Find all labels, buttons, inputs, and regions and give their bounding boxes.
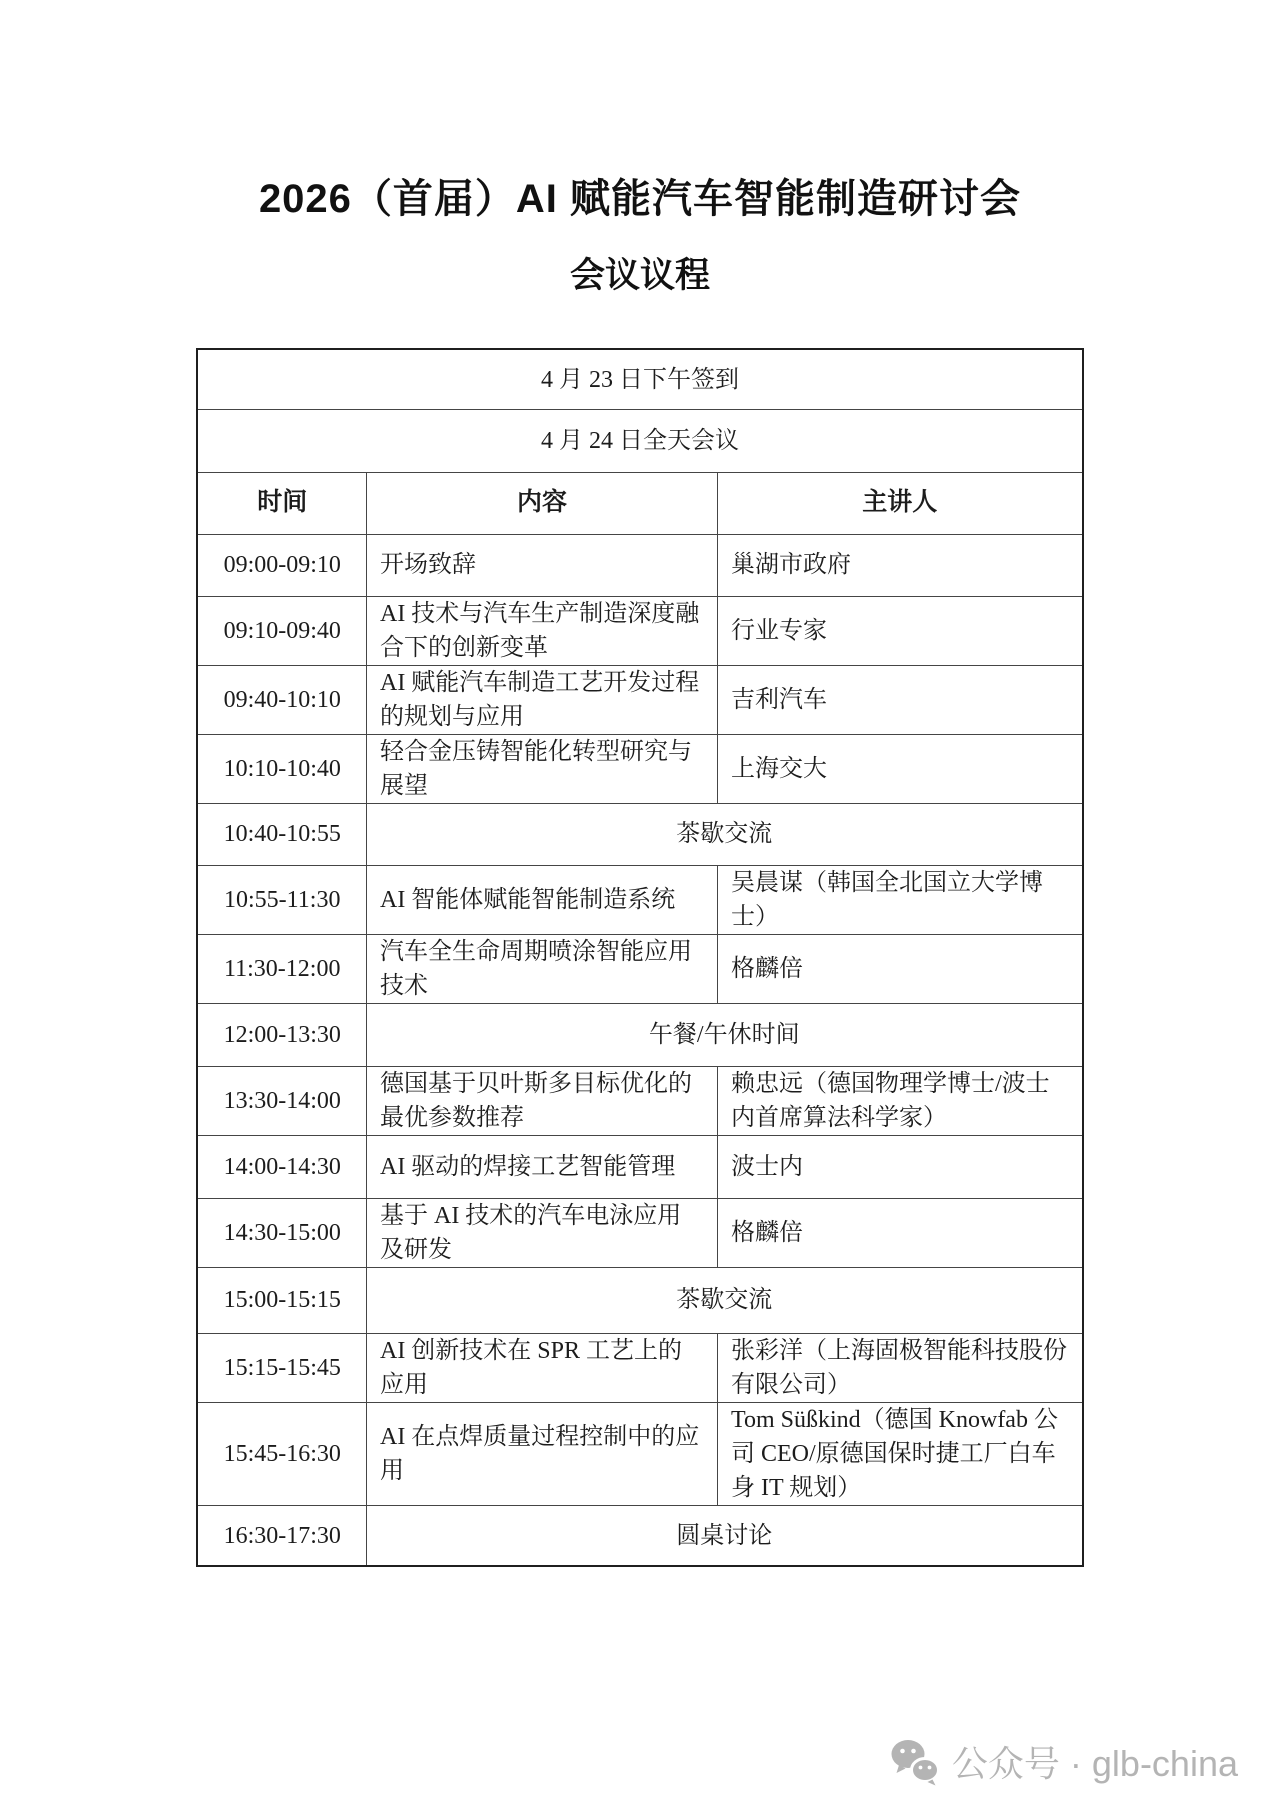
speaker-cell: 张彩洋（上海固极智能科技股份有限公司） <box>717 1333 1082 1402</box>
content-cell: AI 技术与汽车生产制造深度融合下的创新变革 <box>366 596 717 665</box>
page-subtitle: 会议议程 <box>0 256 1280 296</box>
merged-activity-cell: 茶歇交流 <box>366 803 1082 865</box>
watermark: 公众号 · glb-china <box>890 1736 1238 1787</box>
agenda-row: 09:10-09:40 AI 技术与汽车生产制造深度融合下的创新变革 行业专家 <box>197 596 1082 665</box>
content-cell: AI 驱动的焊接工艺智能管理 <box>366 1135 717 1198</box>
agenda-row: 14:30-15:00 基于 AI 技术的汽车电泳应用及研发 格麟倍 <box>197 1198 1082 1267</box>
time-cell: 14:30-15:00 <box>197 1198 366 1267</box>
agenda-row: 10:55-11:30 AI 智能体赋能智能制造系统 吴晨谋（韩国全北国立大学博… <box>197 865 1082 934</box>
time-cell: 15:45-16:30 <box>197 1402 366 1505</box>
agenda-row: 11:30-12:00 汽车全生命周期喷涂智能应用技术 格麟倍 <box>197 934 1082 1003</box>
agenda-row-merged: 10:40-10:55 茶歇交流 <box>197 803 1082 865</box>
agenda-row: 10:10-10:40 轻合金压铸智能化转型研究与展望 上海交大 <box>197 734 1082 803</box>
time-cell: 10:10-10:40 <box>197 734 366 803</box>
agenda-table: 4 月 23 日下午签到 4 月 24 日全天会议 时间 内容 主讲人 09:0… <box>196 348 1083 1567</box>
wechat-icon <box>890 1738 940 1786</box>
content-cell: 开场致辞 <box>366 534 717 596</box>
agenda-row-merged: 15:00-15:15 茶歇交流 <box>197 1267 1082 1333</box>
banner-row-signin: 4 月 23 日下午签到 <box>197 349 1082 409</box>
time-cell: 10:40-10:55 <box>197 803 366 865</box>
banner-signin-text: 4 月 23 日下午签到 <box>197 349 1082 409</box>
page-title: 2026（首届）AI 赋能汽车智能制造研讨会 <box>0 0 1280 222</box>
speaker-cell: 巢湖市政府 <box>717 534 1082 596</box>
watermark-text: 公众号 · glb-china <box>952 1736 1238 1787</box>
merged-activity-cell: 茶歇交流 <box>366 1267 1082 1333</box>
time-cell: 11:30-12:00 <box>197 934 366 1003</box>
agenda-row: 15:45-16:30 AI 在点焊质量过程控制中的应用 Tom Süßkind… <box>197 1402 1082 1505</box>
content-cell: AI 创新技术在 SPR 工艺上的应用 <box>366 1333 717 1402</box>
speaker-cell: 赖忠远（德国物理学博士/波士内首席算法科学家） <box>717 1066 1082 1135</box>
speaker-cell: 吉利汽车 <box>717 665 1082 734</box>
speaker-cell: 行业专家 <box>717 596 1082 665</box>
time-cell: 12:00-13:30 <box>197 1003 366 1066</box>
banner-fullday-text: 4 月 24 日全天会议 <box>197 409 1082 472</box>
content-cell: 德国基于贝叶斯多目标优化的最优参数推荐 <box>366 1066 717 1135</box>
time-cell: 13:30-14:00 <box>197 1066 366 1135</box>
banner-row-fullday: 4 月 24 日全天会议 <box>197 409 1082 472</box>
agenda-row: 13:30-14:00 德国基于贝叶斯多目标优化的最优参数推荐 赖忠远（德国物理… <box>197 1066 1082 1135</box>
content-cell: 轻合金压铸智能化转型研究与展望 <box>366 734 717 803</box>
agenda-row-merged: 16:30-17:30 圆桌讨论 <box>197 1505 1082 1566</box>
time-cell: 16:30-17:30 <box>197 1505 366 1566</box>
time-cell: 09:10-09:40 <box>197 596 366 665</box>
content-cell: 汽车全生命周期喷涂智能应用技术 <box>366 934 717 1003</box>
agenda-row: 09:40-10:10 AI 赋能汽车制造工艺开发过程的规划与应用 吉利汽车 <box>197 665 1082 734</box>
time-cell: 09:00-09:10 <box>197 534 366 596</box>
header-content: 内容 <box>366 472 717 534</box>
agenda-row-merged: 12:00-13:30 午餐/午休时间 <box>197 1003 1082 1066</box>
speaker-cell: Tom Süßkind（德国 Knowfab 公司 CEO/原德国保时捷工厂白车… <box>717 1402 1082 1505</box>
content-cell: AI 赋能汽车制造工艺开发过程的规划与应用 <box>366 665 717 734</box>
agenda-row: 09:00-09:10 开场致辞 巢湖市政府 <box>197 534 1082 596</box>
header-row: 时间 内容 主讲人 <box>197 472 1082 534</box>
agenda-row: 14:00-14:30 AI 驱动的焊接工艺智能管理 波士内 <box>197 1135 1082 1198</box>
speaker-cell: 波士内 <box>717 1135 1082 1198</box>
time-cell: 15:15-15:45 <box>197 1333 366 1402</box>
time-cell: 09:40-10:10 <box>197 665 366 734</box>
time-cell: 14:00-14:30 <box>197 1135 366 1198</box>
content-cell: AI 在点焊质量过程控制中的应用 <box>366 1402 717 1505</box>
content-cell: 基于 AI 技术的汽车电泳应用及研发 <box>366 1198 717 1267</box>
header-speaker: 主讲人 <box>717 472 1082 534</box>
speaker-cell: 吴晨谋（韩国全北国立大学博士） <box>717 865 1082 934</box>
time-cell: 10:55-11:30 <box>197 865 366 934</box>
content-cell: AI 智能体赋能智能制造系统 <box>366 865 717 934</box>
agenda-row: 15:15-15:45 AI 创新技术在 SPR 工艺上的应用 张彩洋（上海固极… <box>197 1333 1082 1402</box>
speaker-cell: 上海交大 <box>717 734 1082 803</box>
speaker-cell: 格麟倍 <box>717 934 1082 1003</box>
merged-activity-cell: 圆桌讨论 <box>366 1505 1082 1566</box>
header-time: 时间 <box>197 472 366 534</box>
time-cell: 15:00-15:15 <box>197 1267 366 1333</box>
agenda-document: 2026（首届）AI 赋能汽车智能制造研讨会 会议议程 4 月 23 日下午签到… <box>0 0 1280 1567</box>
speaker-cell: 格麟倍 <box>717 1198 1082 1267</box>
merged-activity-cell: 午餐/午休时间 <box>366 1003 1082 1066</box>
